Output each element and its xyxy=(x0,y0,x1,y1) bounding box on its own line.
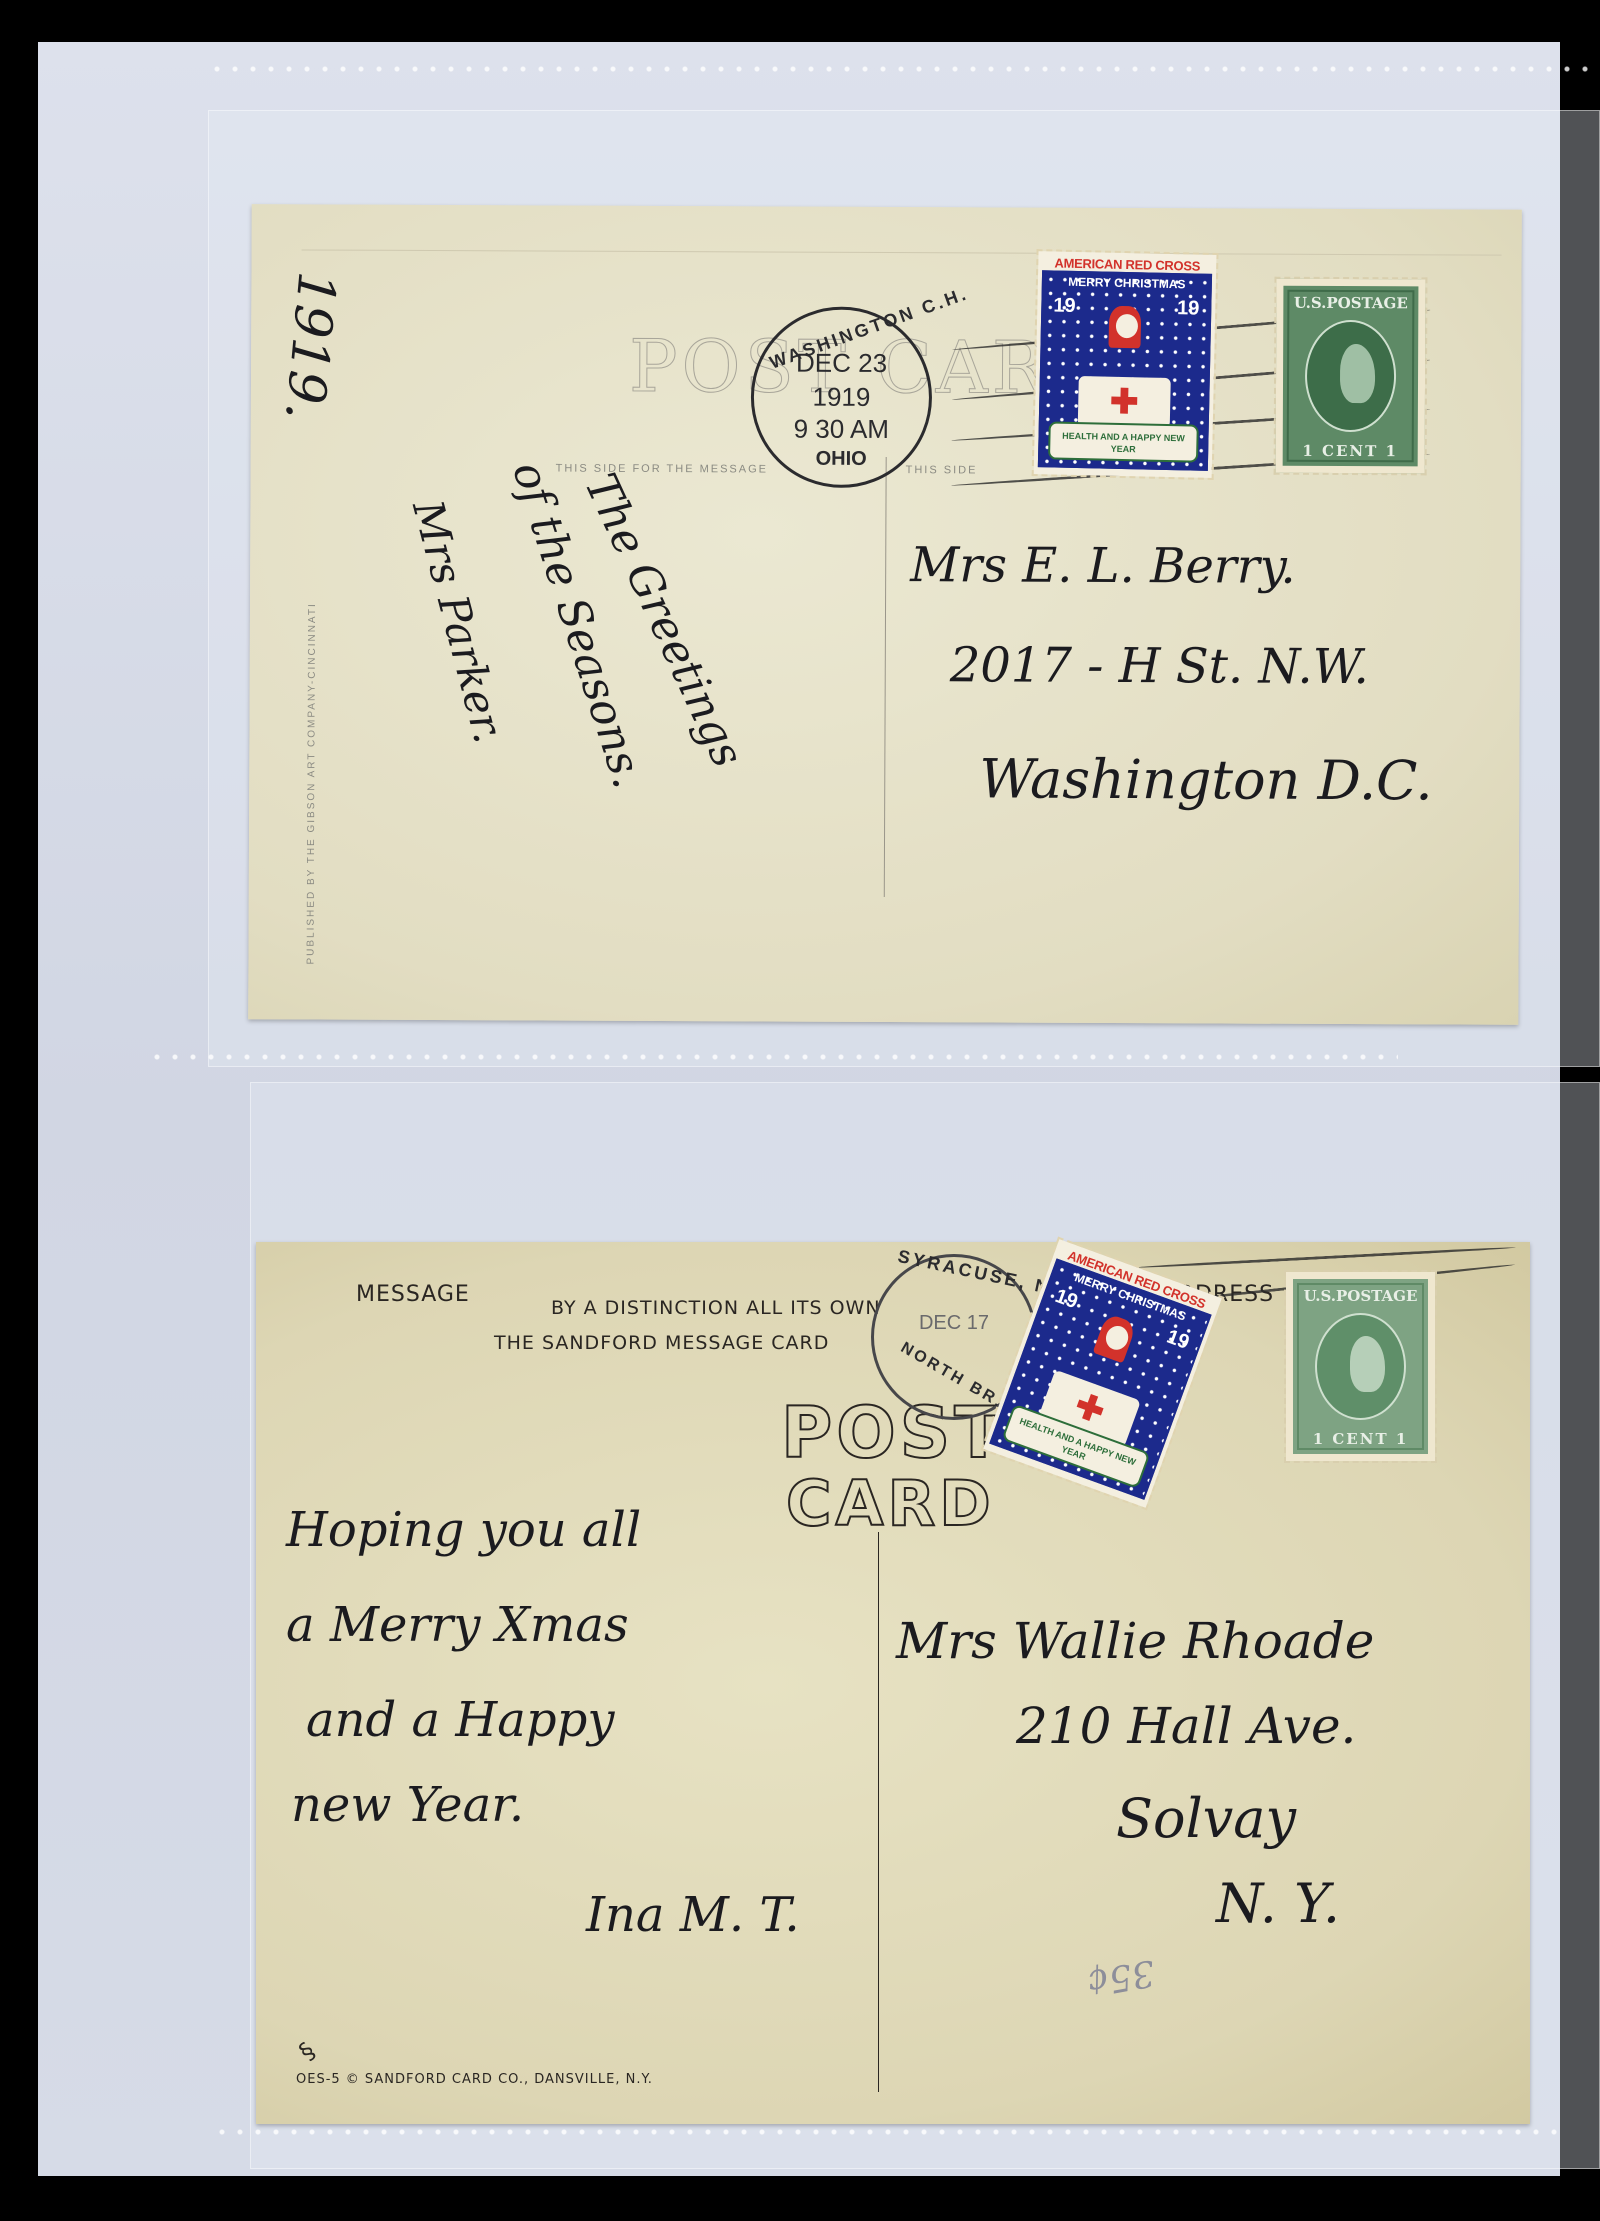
stamp-denomination: 1 CENT 1 xyxy=(1283,442,1418,461)
footer-imprint: OES-5 © SANDFORD CARD CO., DANSVILLE, N.… xyxy=(296,2072,653,2087)
year-note: 1919. xyxy=(273,269,346,423)
postmark-state: OHIO xyxy=(754,447,929,471)
stamp-top-text: U.S.POSTAGE xyxy=(1293,1287,1428,1305)
address-line: Mrs E. L. Berry. xyxy=(910,537,1296,595)
postmark-station: NORTH BR. xyxy=(897,1339,1006,1413)
cancel-line xyxy=(1136,1246,1516,1269)
postmark-date: DEC 17 xyxy=(874,1312,1034,1335)
seal-year-left: 19 xyxy=(1052,1285,1081,1314)
address-line: 210 Hall Ave. xyxy=(1016,1697,1356,1755)
seal-banner: HEALTH AND A HAPPY NEW YEAR xyxy=(1048,421,1199,462)
sleeve-weld xyxy=(208,64,1598,74)
message-side-label: THIS SIDE FOR THE MESSAGE xyxy=(556,463,768,476)
sleeve-weld xyxy=(213,2127,1558,2137)
seal-greeting: MERRY CHRISTMAS xyxy=(1044,274,1210,292)
christmas-seal: AMERICAN RED CROSS MERRY CHRISTMAS 19 19… xyxy=(1034,251,1217,478)
message-line: Hoping you all xyxy=(286,1502,641,1558)
washington-portrait-icon xyxy=(1305,320,1396,432)
postage-stamp: U.S.POSTAGE 1 CENT 1 xyxy=(1276,279,1426,474)
address-line: N. Y. xyxy=(1216,1872,1340,1935)
card-divider xyxy=(878,1532,879,2092)
stamp-denomination: 1 CENT 1 xyxy=(1293,1430,1428,1448)
red-cross-icon: ✚ xyxy=(1110,385,1139,420)
seal-year-right: 19 xyxy=(1177,297,1200,320)
stamp-top-text: U.S.POSTAGE xyxy=(1283,294,1418,313)
postcard-logo-card: CARD xyxy=(786,1467,995,1540)
tagline-2: THE SANDFORD MESSAGE CARD xyxy=(494,1332,829,1354)
message-line: a Merry Xmas xyxy=(286,1597,629,1653)
message-line: new Year. xyxy=(291,1777,524,1833)
message-label: MESSAGE xyxy=(356,1282,470,1307)
sleeve-weld xyxy=(148,1052,1398,1062)
postage-stamp: U.S.POSTAGE 1 CENT 1 xyxy=(1286,1272,1435,1461)
signature: Ina M. T. xyxy=(586,1887,800,1943)
washington-portrait-icon xyxy=(1315,1313,1406,1420)
bag-icon: ✚ xyxy=(1077,376,1171,428)
address-line: Mrs Wallie Rhoade xyxy=(896,1612,1374,1670)
postmark: WASHINGTON C.H. DEC 23 1919 9 30 AM OHIO xyxy=(751,306,933,488)
card-divider xyxy=(884,457,887,897)
postcard-1[interactable]: POST CARD THIS SIDE FOR THE MESSAGE THIS… xyxy=(248,204,1522,1025)
tagline-1: BY A DISTINCTION ALL ITS OWN xyxy=(551,1297,881,1319)
postmark-year: 1919 xyxy=(754,381,929,413)
red-cross-icon: ✚ xyxy=(1070,1388,1108,1430)
postmark-time: 9 30 AM xyxy=(754,413,929,445)
address-line: Solvay xyxy=(1116,1787,1296,1850)
publisher-imprint: PUBLISHED BY THE GIBSON ART COMPANY-CINC… xyxy=(305,602,318,964)
seal-year-right: 19 xyxy=(1163,1326,1192,1355)
address-line: Washington D.C. xyxy=(979,747,1433,812)
message-line: and a Happy xyxy=(306,1692,614,1748)
postmark-date: DEC 23 xyxy=(754,347,929,379)
postcard-2[interactable]: MESSAGE BY A DISTINCTION ALL ITS OWN THE… xyxy=(256,1242,1530,2124)
message-line: Mrs Parker. xyxy=(403,495,514,748)
top-rule xyxy=(302,249,1502,255)
address-line: 2017 - H St. N.W. xyxy=(950,637,1369,695)
pencil-price: 35¢ xyxy=(1083,1951,1158,2003)
sandford-logo-icon: § xyxy=(294,2036,322,2066)
seal-year-left: 19 xyxy=(1053,294,1076,317)
